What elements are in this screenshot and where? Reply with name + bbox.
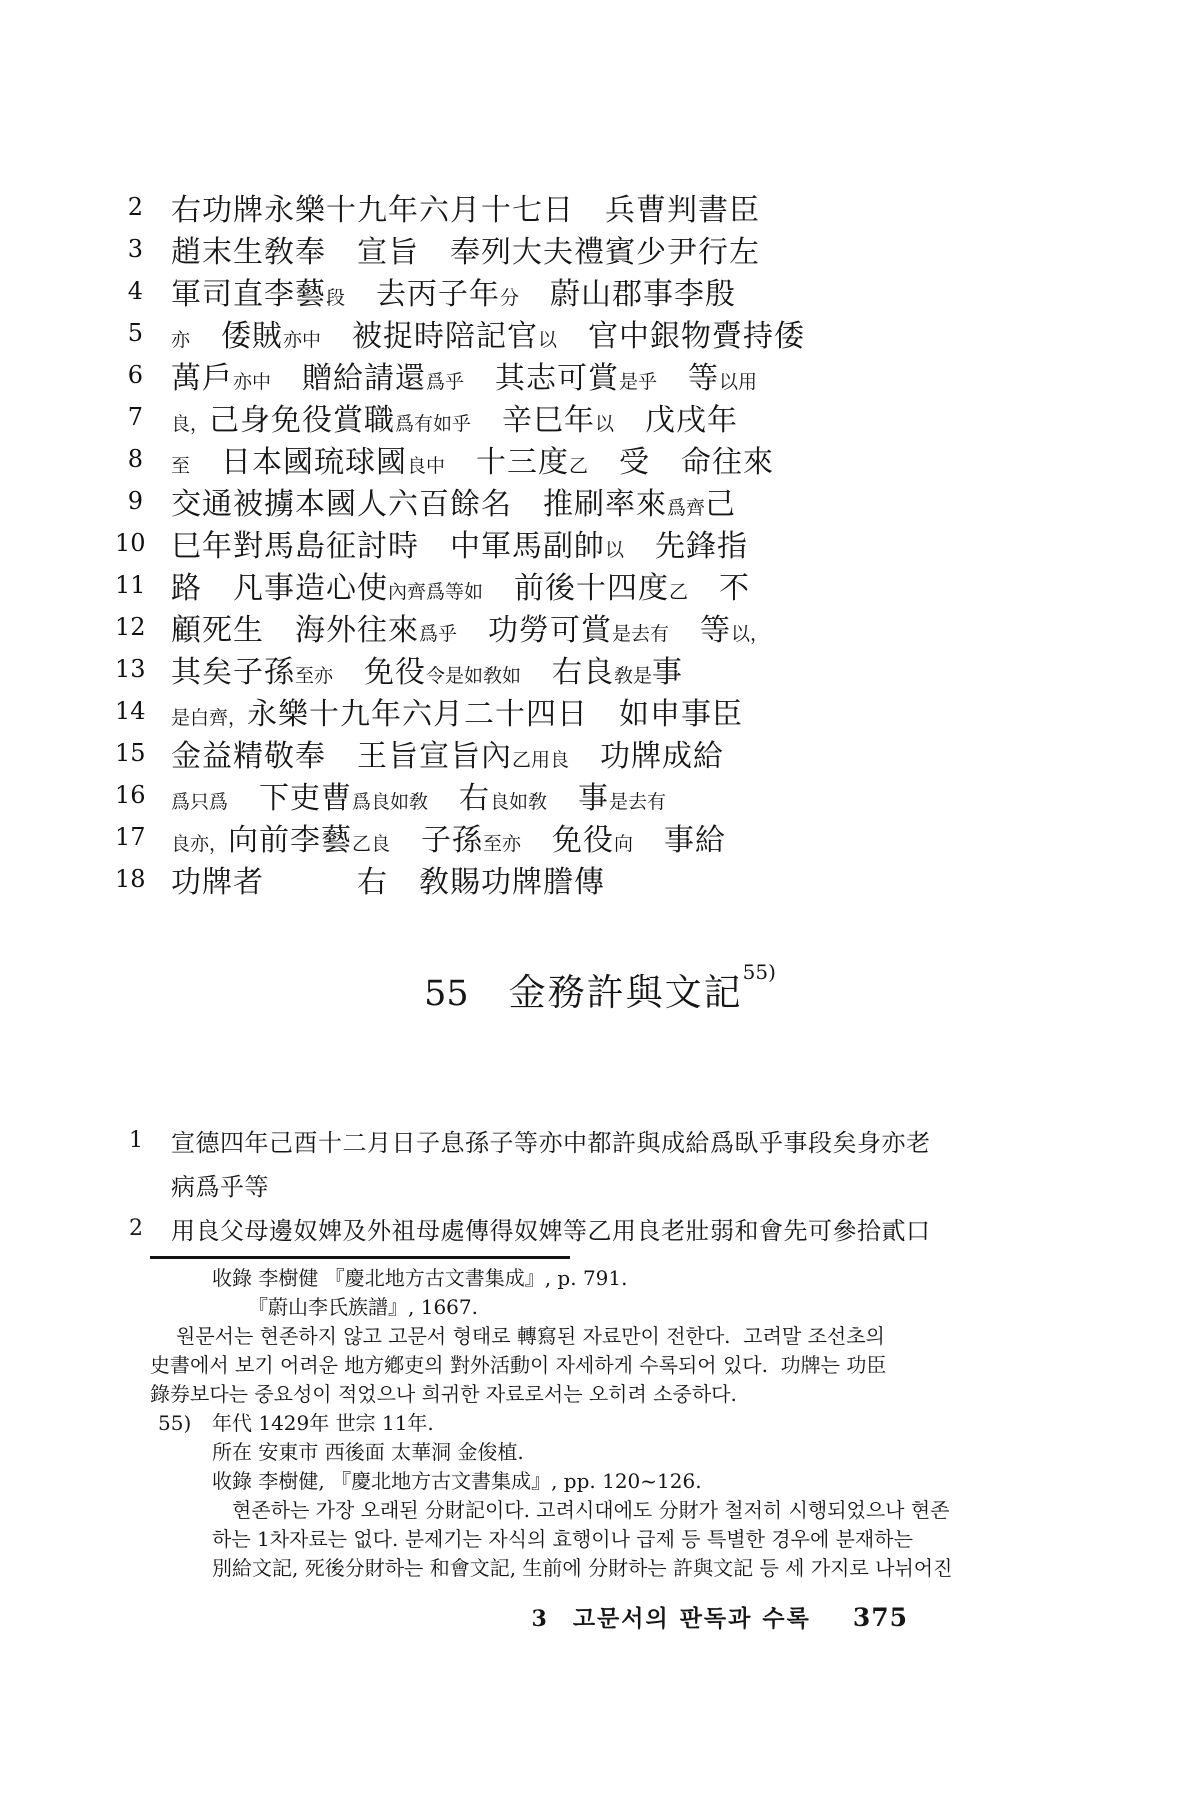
line-text: 良，己身免役賞職爲有如乎 辛巳年以 戊戌年 — [171, 395, 738, 439]
line-text: 爲只爲 下吏曹爲良如敎 右良如敎 事是去有 — [171, 773, 666, 817]
text-segment: 十三度 — [445, 445, 569, 480]
line-number: 17 — [115, 823, 143, 851]
doc-line: 5亦 倭賊亦中 被捉時陪記官以 官中銀物賷持倭 — [115, 312, 805, 354]
line-number: 1 — [115, 1128, 143, 1153]
idu-small-segment: 乙用良 — [512, 749, 569, 771]
line-text: 軍司直李藝段 去丙子年分 蔚山郡事李殷 — [171, 269, 736, 313]
line-number: 9 — [115, 487, 143, 515]
idu-small-segment: 良， — [171, 413, 209, 435]
idu-small-segment: 良中 — [407, 455, 445, 477]
text-segment: 下吏曹 — [228, 781, 352, 816]
idu-small-segment: 良如敎 — [490, 791, 547, 813]
text-segment: 蔚山郡事李殷 — [519, 277, 736, 312]
footnote-text: 收錄 李樹健, 『慶北地方古文書集成』, pp. 120~126. — [212, 1469, 702, 1493]
heading-footnote-ref: 55) — [743, 960, 776, 984]
heading-number: 55 — [424, 974, 469, 1014]
line-number: 10 — [115, 529, 143, 557]
text-segment: 金益精敬奉 王旨宣旨內 — [171, 739, 512, 774]
line-text: 萬戶亦中 贈給請還爲乎 其志可賞是乎 等以用 — [171, 353, 757, 397]
footnote-line: 원문서는 현존하지 않고 고문서 형태로 轉寫된 자료만이 전한다. 고려말 조… — [150, 1322, 940, 1351]
text-segment: 倭賊 — [190, 319, 283, 354]
line-number: 7 — [115, 403, 143, 431]
text-segment: 前後十四度 — [483, 571, 669, 606]
line-number: 18 — [115, 865, 143, 893]
footer-chapter-title: 고문서의 판독과 수록 — [573, 1600, 811, 1633]
footnote-line: 所在 安東市 西後面 太華洞 金俊植. — [150, 1438, 940, 1467]
transcription-block-1: 2右功牌永樂十九年六月十七日 兵曹判書臣3趙末生敎奉 宣旨 奉列大夫禮賓少尹行左… — [115, 186, 805, 900]
idu-small-segment: 是去有 — [612, 623, 669, 645]
text-segment: 其志可賞 — [464, 361, 619, 396]
text-segment: 交通被擄本國人六百餘名 推刷率來 — [171, 487, 667, 522]
footnote-text: 所在 安東市 西後面 太華洞 金俊植. — [212, 1440, 524, 1464]
idu-small-segment: 至 — [171, 455, 190, 477]
line-number: 6 — [115, 361, 143, 389]
text-segment: 顧死生 海外往來 — [171, 613, 419, 648]
text-segment: 功牌者 右 敎賜功牌謄傳 — [171, 865, 605, 900]
footer-page-number: 375 — [853, 1603, 908, 1632]
footer-chapter-number: 3 — [532, 1606, 549, 1632]
text-segment: 路 凡事造心使 — [171, 571, 388, 606]
footnote-line: 別給文記, 死後分財하는 和會文記, 生前에 分財하는 許與文記 등 세 가지로… — [150, 1554, 940, 1583]
text-segment: 己身免役賞職 — [209, 403, 395, 438]
footnotes: 收錄 李樹健 『慶北地方古文書集成』, p. 791.『蔚山李氏族譜』, 166… — [150, 1264, 940, 1583]
footnote-line: 하는 1차자료는 없다. 분제기는 자식의 효행이나 급제 등 특별한 경우에 … — [150, 1525, 940, 1554]
text-segment: 右 — [428, 781, 490, 816]
line-text: 至 日本國琉球國良中 十三度乙 受 命往來 — [171, 437, 774, 481]
idu-small-segment: 以 — [538, 329, 557, 351]
text-segment: 向前李藝 — [228, 823, 352, 858]
footnote-line: 史書에서 보기 어려운 地方鄕吏의 對外活動이 자세하게 수록되어 있다. 功牌… — [150, 1351, 940, 1380]
doc-line: 17良亦，向前李藝乙良 子孫至亦 免役向 事給 — [115, 816, 805, 858]
doc-line: 1宣德四年己酉十二月日子息孫子等亦中都許與成給爲臥乎事段矣身亦老 — [115, 1118, 931, 1162]
footnote-text: 錄券보다는 중요성이 적었으나 희귀한 자료로서는 오히려 소중하다. — [150, 1382, 737, 1406]
idu-small-segment: 亦中 — [233, 371, 271, 393]
line-number: 3 — [115, 235, 143, 263]
doc-line: 10巳年對馬島征討時 中軍馬副帥以 先鋒指 — [115, 522, 805, 564]
text-segment: 軍司直李藝 — [171, 277, 326, 312]
footnote-text: 史書에서 보기 어려운 地方鄕吏의 對外活動이 자세하게 수록되어 있다. 功牌… — [150, 1353, 886, 1377]
transcription-block-2: 1宣德四年己酉十二月日子息孫子等亦中都許與成給爲臥乎事段矣身亦老病爲乎等2用良父… — [115, 1118, 931, 1250]
footnote-text: 年代 1429年 世宗 11年. — [212, 1411, 434, 1435]
idu-small-segment: 爲只爲 — [171, 791, 228, 813]
doc-line: 15金益精敬奉 王旨宣旨內乙用良 功牌成給 — [115, 732, 805, 774]
doc-line: 14是白齊，永樂十九年六月二十四日 如申事臣 — [115, 690, 805, 732]
footnote-line: 錄券보다는 중요성이 적었으나 희귀한 자료로서는 오히려 소중하다. — [150, 1380, 940, 1409]
footnote-text: 收錄 李樹健 『慶北地方古文書集成』, p. 791. — [212, 1266, 627, 1290]
page-footer: 3 고문서의 판독과 수록 375 — [532, 1600, 908, 1633]
idu-small-segment: 內齊爲等如 — [388, 581, 483, 603]
heading-title: 金務許與文記 — [509, 971, 743, 1014]
footnote-text: 別給文記, 死後分財하는 和會文記, 生前에 分財하는 許與文記 등 세 가지로… — [212, 1556, 952, 1580]
idu-small-segment: 至亦 — [295, 665, 333, 687]
doc-line: 18功牌者 右 敎賜功牌謄傳 — [115, 858, 805, 900]
text-segment: 辛巳年 — [471, 403, 595, 438]
line-text: 金益精敬奉 王旨宣旨內乙用良 功牌成給 — [171, 731, 724, 775]
doc-line: 11路 凡事造心使內齊爲等如 前後十四度乙 不 — [115, 564, 805, 606]
footnote-text: 하는 1차자료는 없다. 분제기는 자식의 효행이나 급제 등 특별한 경우에 … — [212, 1527, 913, 1551]
footnote-text: 현존하는 가장 오래된 分財記이다. 고려시대에도 分財가 철저히 시행되었으나… — [232, 1498, 950, 1522]
line-number: 16 — [115, 781, 143, 809]
footnote-number: 55) — [158, 1409, 212, 1438]
doc-line: 病爲乎等 — [115, 1162, 931, 1206]
text-segment: 免役 — [333, 655, 426, 690]
doc-line: 3趙末生敎奉 宣旨 奉列大夫禮賓少尹行左 — [115, 228, 805, 270]
idu-small-segment: 乙 — [569, 455, 588, 477]
text-segment: 事 — [652, 655, 683, 690]
text-segment: 免役 — [521, 823, 614, 858]
doc-line: 2右功牌永樂十九年六月十七日 兵曹判書臣 — [115, 186, 805, 228]
doc-line: 9交通被擄本國人六百餘名 推刷率來爲齊己 — [115, 480, 805, 522]
text-segment: 日本國琉球國 — [190, 445, 407, 480]
text-segment: 官中銀物賷持倭 — [557, 319, 805, 354]
doc-line: 7良，己身免役賞職爲有如乎 辛巳年以 戊戌年 — [115, 396, 805, 438]
idu-small-segment: 是去有 — [609, 791, 666, 813]
line-number: 14 — [115, 697, 143, 725]
line-number: 11 — [115, 571, 143, 599]
text-segment: 等 — [669, 613, 731, 648]
text-segment: 功勞可賞 — [457, 613, 612, 648]
text-segment: 其矣子孫 — [171, 655, 295, 690]
text-segment: 事給 — [633, 823, 726, 858]
line-text: 右功牌永樂十九年六月十七日 兵曹判書臣 — [171, 185, 760, 229]
idu-small-segment: 爲乎 — [426, 371, 464, 393]
line-number: 8 — [115, 445, 143, 473]
idu-small-segment: 以 — [595, 413, 614, 435]
doc-line: 13其矣子孫至亦 免役令是如敎如 右良敎是事 — [115, 648, 805, 690]
idu-small-segment: 爲齊 — [667, 497, 705, 519]
text-segment: 戊戌年 — [614, 403, 738, 438]
line-number: 2 — [115, 1216, 143, 1241]
idu-small-segment: 爲有如乎 — [395, 413, 471, 435]
text-segment: 受 命往來 — [588, 445, 774, 480]
line-number: 13 — [115, 655, 143, 683]
text-segment: 等 — [657, 361, 719, 396]
footnote-line: 收錄 李樹健 『慶北地方古文書集成』, p. 791. — [150, 1264, 940, 1293]
idu-small-segment: 亦 — [171, 329, 190, 351]
text-segment: 萬戶 — [171, 361, 233, 396]
idu-small-segment: 乙良 — [352, 833, 390, 855]
text-segment: 被捉時陪記官 — [321, 319, 538, 354]
line-text: 顧死生 海外往來爲乎 功勞可賞是去有 等以， — [171, 605, 769, 649]
line-text: 路 凡事造心使內齊爲等如 前後十四度乙 不 — [171, 563, 750, 607]
idu-small-segment: 向 — [614, 833, 633, 855]
doc-line: 16爲只爲 下吏曹爲良如敎 右良如敎 事是去有 — [115, 774, 805, 816]
doc-line: 12顧死生 海外往來爲乎 功勞可賞是去有 等以， — [115, 606, 805, 648]
line-text: 趙末生敎奉 宣旨 奉列大夫禮賓少尹行左 — [171, 227, 760, 271]
footnote-line: 『蔚山李氏族譜』, 1667. — [150, 1293, 940, 1322]
text-segment: 不 — [688, 571, 750, 606]
idu-small-segment: 是乎 — [619, 371, 657, 393]
idu-small-segment: 以用 — [719, 371, 757, 393]
text-segment: 先鋒指 — [624, 529, 748, 564]
idu-small-segment: 良亦， — [171, 833, 228, 855]
idu-small-segment: 令是如敎如 — [426, 665, 521, 687]
footnote-line: 현존하는 가장 오래된 分財記이다. 고려시대에도 分財가 철저히 시행되었으나… — [150, 1496, 940, 1525]
idu-small-segment: 段 — [326, 287, 345, 309]
line-text: 交通被擄本國人六百餘名 推刷率來爲齊己 — [171, 479, 736, 523]
idu-small-segment: 分 — [500, 287, 519, 309]
text-segment: 右功牌永樂十九年六月十七日 兵曹判書臣 — [171, 193, 760, 228]
text-segment: 事 — [547, 781, 609, 816]
idu-small-segment: 至亦 — [483, 833, 521, 855]
footnote-line: 收錄 李樹健, 『慶北地方古文書集成』, pp. 120~126. — [150, 1467, 940, 1496]
text-segment: 子孫 — [390, 823, 483, 858]
text-segment: 永樂十九年六月二十四日 如申事臣 — [247, 697, 743, 732]
line-number: 15 — [115, 739, 143, 767]
line-text: 其矣子孫至亦 免役令是如敎如 右良敎是事 — [171, 647, 683, 691]
footnote-text: 원문서는 현존하지 않고 고문서 형태로 轉寫된 자료만이 전한다. 고려말 조… — [176, 1324, 885, 1348]
idu-small-segment: 敎是 — [614, 665, 652, 687]
line-text: 用良父母邊奴婢及外祖母處傳得奴婢等乙用良老壯弱和會先可參拾貳口 — [171, 1211, 931, 1246]
line-text: 功牌者 右 敎賜功牌謄傳 — [171, 857, 605, 901]
line-text: 病爲乎等 — [171, 1167, 269, 1202]
text-segment: 贈給請還 — [271, 361, 426, 396]
text-segment: 去丙子年 — [345, 277, 500, 312]
idu-small-segment: 爲乎 — [419, 623, 457, 645]
line-number: 2 — [115, 193, 143, 221]
book-page: 2右功牌永樂十九年六月十七日 兵曹判書臣3趙末生敎奉 宣旨 奉列大夫禮賓少尹行左… — [0, 0, 1200, 1800]
footnote-separator — [150, 1256, 570, 1259]
idu-small-segment: 爲良如敎 — [352, 791, 428, 813]
idu-small-segment: 以 — [605, 539, 624, 561]
footnote-text: 『蔚山李氏族譜』, 1667. — [248, 1295, 478, 1319]
doc-line: 2用良父母邊奴婢及外祖母處傳得奴婢等乙用良老壯弱和會先可參拾貳口 — [115, 1206, 931, 1250]
idu-small-segment: 乙 — [669, 581, 688, 603]
line-text: 良亦，向前李藝乙良 子孫至亦 免役向 事給 — [171, 815, 726, 859]
section-heading: 55金務許與文記55) — [0, 962, 1200, 1016]
idu-small-segment: 以， — [731, 623, 769, 645]
text-segment: 己 — [705, 487, 736, 522]
line-text: 亦 倭賊亦中 被捉時陪記官以 官中銀物賷持倭 — [171, 311, 805, 355]
text-segment: 右良 — [521, 655, 614, 690]
line-number: 4 — [115, 277, 143, 305]
line-text: 是白齊，永樂十九年六月二十四日 如申事臣 — [171, 689, 743, 733]
doc-line: 4軍司直李藝段 去丙子年分 蔚山郡事李殷 — [115, 270, 805, 312]
idu-small-segment: 是白齊， — [171, 707, 247, 729]
doc-line: 8至 日本國琉球國良中 十三度乙 受 命往來 — [115, 438, 805, 480]
text-segment: 趙末生敎奉 宣旨 奉列大夫禮賓少尹行左 — [171, 235, 760, 270]
doc-line: 6萬戶亦中 贈給請還爲乎 其志可賞是乎 等以用 — [115, 354, 805, 396]
line-number: 12 — [115, 613, 143, 641]
idu-small-segment: 亦中 — [283, 329, 321, 351]
text-segment: 巳年對馬島征討時 中軍馬副帥 — [171, 529, 605, 564]
line-number: 5 — [115, 319, 143, 347]
footnote-line: 55)年代 1429年 世宗 11年. — [150, 1409, 940, 1438]
text-segment: 功牌成給 — [569, 739, 724, 774]
line-text: 巳年對馬島征討時 中軍馬副帥以 先鋒指 — [171, 521, 748, 565]
line-text: 宣德四年己酉十二月日子息孫子等亦中都許與成給爲臥乎事段矣身亦老 — [171, 1123, 931, 1158]
